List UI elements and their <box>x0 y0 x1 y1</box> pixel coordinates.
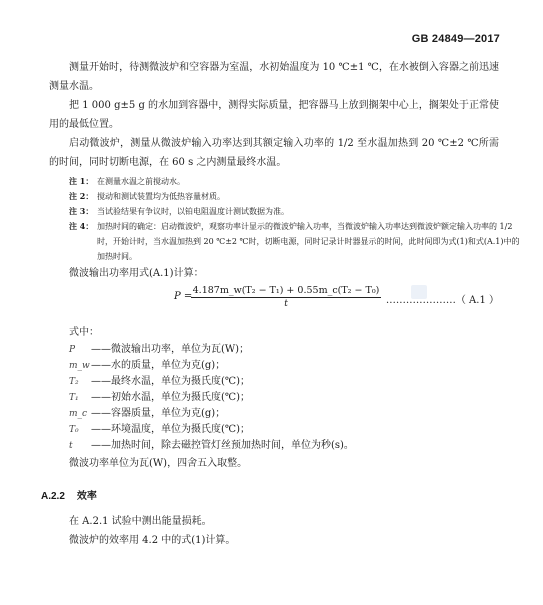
symbol-row: T₁——初始水温，单位为摄氏度(℃)； <box>49 390 499 406</box>
notes-list: 注 1：在测量水温之前搅动水。 注 2：搅动和测试装置均为低热容量材质。 注 3… <box>49 174 499 264</box>
watermark-logo-icon <box>411 285 427 299</box>
formula-intro: 微波输出功率用式(A.1)计算： <box>49 264 499 283</box>
standard-number-header: GB 24849—2017 <box>412 33 500 45</box>
symbol-row: m_c——容器质量，单位为克(g)； <box>49 406 499 422</box>
section-title: 效率 <box>77 491 97 502</box>
symbol-row: T₂——最终水温，单位为摄氏度(℃)； <box>49 374 499 390</box>
symbol-definitions: P——微波输出功率，单位为瓦(W)； m_w——水的质量，单位为克(g)； T₂… <box>49 342 499 454</box>
symbol-row: m_w——水的质量，单位为克(g)； <box>49 358 499 374</box>
document-body: 测量开始时，待测微波炉和空容器为室温，水初始温度为 10 ℃±1 ℃，在水被倒入… <box>49 58 499 550</box>
formula-a1: P = 4.187m_w(T₂ − T₁) + 0.55m_c(T₂ − T₀)… <box>49 285 499 319</box>
formula-number: …………………（ A.1 ） <box>386 291 499 306</box>
paragraph-heating-procedure: 启动微波炉，测量从微波炉输入功率达到其额定输入功率的 1/2 至水温加热到 20… <box>49 134 499 172</box>
rounding-note: 微波功率单位为瓦(W)，四舍五入取整。 <box>49 454 499 473</box>
symbol-row: t——加热时间，除去磁控管灯丝预加热时间，单位为秒(s)。 <box>49 438 499 454</box>
symbol-row: P——微波输出功率，单位为瓦(W)； <box>49 342 499 358</box>
note-item: 注 3：当试验结果有争议时，以铂电阻温度计测试数据为准。 <box>69 204 527 219</box>
symbol-row: T₀——环境温度，单位为摄氏度(℃)； <box>49 422 499 438</box>
note-item: 注 4：加热时间的确定：启动微波炉，观察功率计显示的微波炉输入功率，当微波炉输入… <box>69 219 527 264</box>
formula-denominator: t <box>191 298 381 309</box>
formula-fraction: 4.187m_w(T₂ − T₁) + 0.55m_c(T₂ − T₀) t <box>191 285 381 309</box>
paragraph-water-load: 把 1 000 g±5 g 的水加到容器中，测得实际质量，把容器马上放到搁架中心… <box>49 96 499 134</box>
section-line: 微波炉的效率用 4.2 中的式(1)计算。 <box>49 531 499 550</box>
where-label: 式中： <box>49 323 499 342</box>
section-line: 在 A.2.1 试验中测出能量损耗。 <box>49 512 499 531</box>
paragraph-measurement-start: 测量开始时，待测微波炉和空容器为室温，水初始温度为 10 ℃±1 ℃，在水被倒入… <box>49 58 499 96</box>
formula-lhs: P = <box>174 291 192 302</box>
section-heading-a22: A.2.2效率 <box>41 487 499 506</box>
formula-numerator: 4.187m_w(T₂ − T₁) + 0.55m_c(T₂ − T₀) <box>191 285 381 298</box>
note-item: 注 2：搅动和测试装置均为低热容量材质。 <box>69 189 527 204</box>
section-number: A.2.2 <box>41 491 65 502</box>
note-item: 注 1：在测量水温之前搅动水。 <box>69 174 527 189</box>
